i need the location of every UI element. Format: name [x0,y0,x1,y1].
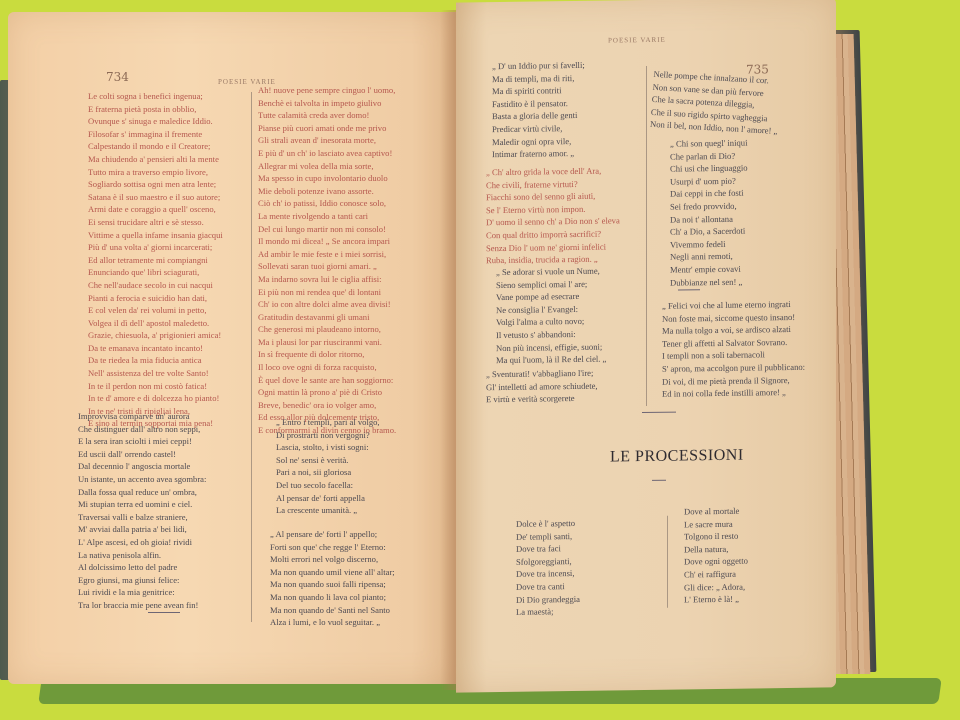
poem-line: Ed in noi colla fede instilli amore! „ [662,386,805,401]
poem-line: Pianse più cuori amati onde me privo [258,122,396,135]
poem-line: Ma non quando suoi falli ripensa; [270,578,395,591]
poem-stanza: „ Al pensare de' forti l' appello;Forti … [270,528,395,629]
poem-line: Ed uscii dall' orrendo castel! [78,448,206,461]
poem-line: Vivemmo fedeli [670,237,748,251]
poem-line: Pari a noi, sii gloriosa [276,466,380,479]
poem-line: Benchè ei talvolta in impeto giulivo [258,97,396,110]
poem-line: Sollevati saran tuoi giorni amari. „ [258,260,396,273]
poem-line: Sei fredo provvido, [670,200,748,214]
poem-line: Ma non quando li lava col pianto; [270,591,395,604]
poem-line: E fraterna pietà posta in obblio, [88,103,223,116]
poem-stanza: Nelle pompe che innalzano il cor.Non son… [650,68,782,138]
poem-line: Di prostrarti non vergogni? [276,429,380,442]
poem-line: Del cui lungo martir non mi consolo! [258,223,396,236]
poem-line: Della natura, [684,542,748,555]
section-title: LE PROCESSIONI [610,447,744,467]
poem-line: Ma indarno sovra lui le ciglia affisi: [258,273,396,286]
poem-line: Usurpi d' uom pio? [670,174,748,188]
poem-line: Tener gli affetti al Salvator Sovrano. [662,336,805,351]
poem-stanza: „ Entro i templi, pari al volgo,Di prost… [276,416,380,517]
separator [148,612,180,613]
poem-line: „ Sventurati! v'abbagliano l'ire; [486,367,598,381]
poem-line: Dove tra faci [516,542,580,555]
running-head: POESIE VARIE [608,36,666,45]
procession-stanza: Dolce è l' aspettoDe' templi santi,Dove … [516,517,580,619]
poem-line: Pianti a ferocia e suicidio han dati, [88,292,223,305]
poem-stanza: „ Sventurati! v'abbagliano l'ire;Gl' int… [486,367,598,406]
poem-line: Dubbianze nel sen! „ [670,275,748,289]
poem-line: Ma spesso in cupo involontario duolo [258,172,396,185]
poem-line: Molti errori nel volgo discerno, [270,553,395,566]
poem-line: Ma qui l'uom, là il Re del ciel. „ [496,353,606,367]
poem-line: Da noi t' allontana [670,212,748,226]
poem-line: Ma i plausi lor par riusciranmi vani. [258,336,396,349]
poem-line: Ei più non mi rendea que' di lontani [258,286,396,299]
poem-line: Gli dice: „ Adora, [684,580,748,593]
poem-line: Del tuo secolo facella: [276,479,380,492]
poem-line: Dove tra incensi, [516,567,580,580]
poem-line: Filosofar s' immagina il fremente [88,128,223,141]
poem-line: Dai ceppi in che fosti [670,187,748,201]
poem-line: Intimar fraterno amor. „ [492,147,585,161]
separator [642,412,676,413]
column-rule [667,516,668,608]
poem-line: Tolgono il resto [684,530,748,543]
separator [678,289,700,290]
poem-line: „ Al pensare de' forti l' appello; [270,528,395,541]
poem-line: Grazie, chiesuola, a' prigionieri amica! [88,329,223,342]
poem-line: Ogni mattin là prono a' piè di Cristo [258,386,396,399]
poem-line: Ad ambir le mie feste e i miei sorrisi, [258,248,396,261]
poem-line: Breve, benedic' ora io volger amo, [258,399,396,412]
poem-line: Basta a gloria delle genti [492,109,585,123]
page-number: 734 [106,70,129,84]
left-page: 734 POESIE VARIE Le colti sogna i benefi… [8,12,456,684]
poem-line: Sfolgoreggianti, [516,555,580,568]
poem-line: E virtù e verità scorgerete [486,392,598,406]
poem-line: Volgea il dì dell' apostol maledetto. [88,317,223,330]
poem-line: L' Eterno è là! „ [684,593,748,606]
poem-line: Dalla fossa qual reduce un' ombra, [78,486,206,499]
poem-line: Le sacre mura [684,517,748,530]
separator [652,480,666,481]
poem-stanza: „ D' un Iddio pur si favelli;Ma di templ… [492,59,585,161]
poem-line: Le colti sogna i beneficì ingenua; [88,90,223,103]
poem-line: Mie deboli potenze ivano assorte. [258,185,396,198]
poem-line: „ D' un Iddio pur si favelli; [492,59,585,73]
poem-line: Che distinguer dall' altro non seppi, [78,423,206,436]
poem-line: Di Dio grandeggia [516,592,580,605]
poem-line: M' avviai dalla patria a' bei lidi, [78,523,206,536]
poem-line: Lui rividi e la mia genitrice: [78,586,206,599]
poem-line: Gli strali avean d' inesorata morte, [258,134,396,147]
poem-line: Un istante, un accento avea sgombra: [78,473,206,486]
poem-stanza: „ Felici voi che al lume eterno ingratiN… [662,298,805,401]
right-page: POESIE VARIE 735 „ D' un Iddio pur si fa… [456,0,836,693]
poem-line: Tutte calamità creda aver domo! [258,109,396,122]
poem-line: Traversai valli e balze straniere, [78,511,206,524]
poem-line: Ah! nuove pene sempre cinguo l' uomo, [258,84,396,97]
column-rule [251,92,252,622]
poem-line: Sogliardo sottisa ogni men atra lente; [88,178,223,191]
poem-line: Allegrar mi volea della mia sorte, [258,160,396,173]
column-rule [646,66,647,406]
poem-line: Dal decennio l' angoscia mortale [78,460,206,473]
poem-line: Tutto mira a traverso empio livore, [88,166,223,179]
poem-line: Gratitudin destavanmi gli umani [258,311,396,324]
poem-line: Dolce è l' aspetto [516,517,580,530]
poem-line: Da te emanava incantato incanto! [88,342,223,355]
poem-line: Da te riedea la mia fiducia antica [88,354,223,367]
poem-line: Gl' intelletti ad amore schiudete, [486,379,598,393]
poem-stanza: Le colti sogna i beneficì ingenua;E frat… [88,90,223,430]
poem-line: Il mondo mi dicea! „ Se ancora impari [258,235,396,248]
poem-line: Negli anni remoti, [670,250,748,264]
poem-line: Improvvisa comparve un' aurora [78,410,206,423]
poem-line: Alza i lumi, e lo vuol seguitar. „ [270,616,395,629]
poem-line: Dove al mortale [684,505,748,518]
poem-line: Forti son que' che regge l' Eterno: [270,541,395,554]
poem-line: L' Alpe ascesi, ed oh gioia! rividi [78,536,206,549]
poem-line: Ma chiudendo a' pensieri alti la mente [88,153,223,166]
poem-line: Più d' una volta a' giorni incarcerati; [88,241,223,254]
poem-line: Tra lor braccia mie pene avean fin! [78,599,206,612]
poem-stanza: „ Chi son quegl' iniquiChe parlan di Dio… [670,137,748,289]
poem-line: Al pensar de' forti appella [276,492,380,505]
poem-line: È quel dove le sante are han soggiorno: [258,374,396,387]
poem-stanza: Ah! nuove pene sempre cinguo l' uomo,Ben… [258,84,396,437]
poem-line: Mentr' empie covavi [670,263,748,277]
poem-line: Mi stupian terra ed uomini e ciel. [78,498,206,511]
poem-stanza: „ Se adorar si vuole un Nume,Sieno sempl… [496,265,606,367]
poem-line: Vittime a quella infame insania giacqui [88,229,223,242]
poem-line: Ch' io con altre dolci alme avea divisi! [258,298,396,311]
poem-line: „ Chi son quegl' iniqui [670,137,748,151]
poem-stanza: Improvvisa comparve un' auroraChe distin… [78,410,206,612]
poem-line: Ei sensi trucidare altri e sè stesso. [88,216,223,229]
poem-line: „ Se adorar si vuole un Nume, [496,265,606,279]
poem-stanza: „ Ch' altro grida la voce dell' Ara,Che … [486,164,620,267]
poem-line: Ma di templi, ma di riti, [492,71,585,85]
poem-line: La maestà; [516,605,580,618]
poem-line: E col velen da' rei volumi in petto, [88,304,223,317]
poem-line: Dove tra canti [516,580,580,593]
poem-line: Satana è il suo maestro e il suo autore; [88,191,223,204]
poem-line: Ma non quando umil viene all' altar; [270,566,395,579]
poem-line: Ma non quando de' Santi nel Santo [270,604,395,617]
poem-line: De' templi santi, [516,530,580,543]
poem-line: In sì frequente di dolor ritorno, [258,348,396,361]
poem-line: Lascia, stolto, i visti sogni: [276,441,380,454]
poem-line: Ch' ei raffigura [684,568,748,581]
poem-line: Il loco ove ogni di forza racquisto, [258,361,396,374]
poem-line: Che generosi mi plaudeano intorno, [258,323,396,336]
poem-line: Che parlan di Dio? [670,149,748,163]
poem-line: Egro giunsi, ma giunsi felice: [78,574,206,587]
poem-line: Sol ne' sensi è verità. [276,454,380,467]
poem-line: Ed allor tetramente mi compiangni [88,254,223,267]
procession-stanza: Dove al mortaleLe sacre muraTolgono il r… [684,505,748,607]
poem-line: Dove ogni oggetto [684,555,748,568]
poem-line: E la sera iran sciolti i miei ceppi! [78,435,206,448]
poem-line: In te d' amore e di dolcezza ho pianto! [88,392,223,405]
poem-line: Senza Dio l' uom ne' giorni infelici [486,240,620,254]
poem-line: Che nell'audace secolo in cui nacqui [88,279,223,292]
poem-line: La nativa penisola alfin. [78,549,206,562]
poem-line: Al dolcissimo letto del padre [78,561,206,574]
poem-line: Nell' assistenza del tre volte Santo! [88,367,223,380]
poem-line: Chi usi che linguaggio [670,162,748,176]
poem-line: Calpestando il mondo e il Creatore; [88,140,223,153]
poem-line: „ Ch' altro grida la voce dell' Ara, [486,164,620,178]
poem-line: Ovunque s' sinuga e maledice Iddio. [88,115,223,128]
poem-line: In te il perdon non mi costò fatica! [88,380,223,393]
poem-line: Ch' a Dio, a Sacerdoti [670,225,748,239]
poem-line: La crescente umanità. „ [276,504,380,517]
poem-line: La mente rivolgendo a tanti cari [258,210,396,223]
poem-line: „ Entro i templi, pari al volgo, [276,416,380,429]
poem-line: E più d' un ch' io lasciato avea captivo… [258,147,396,160]
poem-line: Enunciando que' libri sciagurati, [88,266,223,279]
poem-line: Ciò ch' io patissi, Iddio conosce solo, [258,197,396,210]
poem-line: Armi date e coraggio a quell' osceno, [88,203,223,216]
